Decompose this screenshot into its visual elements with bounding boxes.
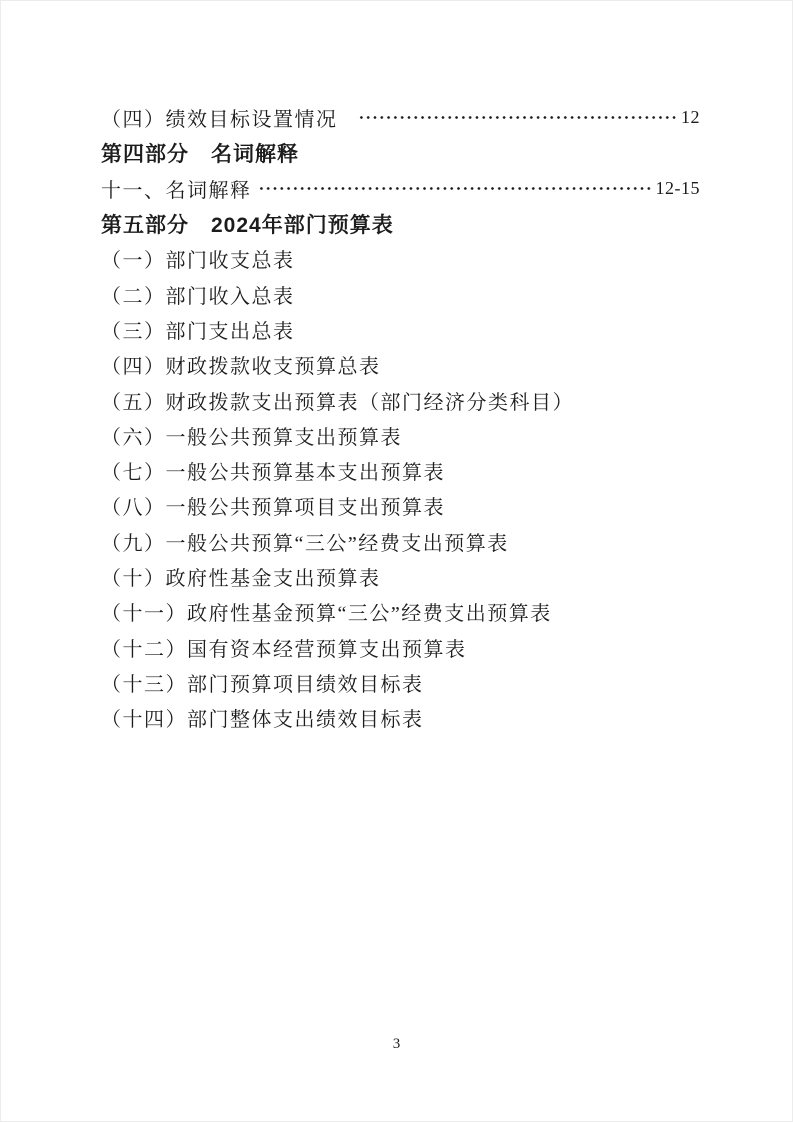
toc-entry: （十三）部门预算项目绩效目标表 (101, 665, 700, 700)
toc-entry: （四）绩效目标设置情况 12 (101, 100, 700, 135)
toc-entry-label: （八）一般公共预算项目支出预算表 (101, 491, 445, 520)
toc-section-label: 第五部分 2024年部门预算表 (101, 209, 394, 239)
dotted-leader (356, 100, 679, 135)
toc-page-number: 12-15 (656, 178, 701, 199)
toc-entry: （十一）政府性基金预算“三公”经费支出预算表 (101, 594, 700, 629)
toc-entry-label: （十一）政府性基金预算“三公”经费支出预算表 (101, 597, 552, 626)
table-of-contents: （四）绩效目标设置情况 12 第四部分 名词解释 十一、名词解释 12-15 第… (101, 100, 700, 735)
toc-entry-label: （十二）国有资本经营预算支出预算表 (101, 633, 467, 662)
toc-entry: （五）财政拨款支出预算表（部门经济分类科目） (101, 382, 700, 417)
document-page: （四）绩效目标设置情况 12 第四部分 名词解释 十一、名词解释 12-15 第… (0, 0, 793, 1122)
toc-entry-label: （六）一般公共预算支出预算表 (101, 421, 402, 450)
dotted-leader (256, 171, 653, 206)
toc-entry-label: （四）财政拨款收支预算总表 (101, 350, 381, 379)
toc-entry-label: （十）政府性基金支出预算表 (101, 562, 381, 591)
toc-entry-label: （五）财政拨款支出预算表（部门经济分类科目） (101, 386, 574, 415)
toc-entry: （二）部门收入总表 (101, 276, 700, 311)
toc-entry-label: （九）一般公共预算“三公”经费支出预算表 (101, 527, 509, 556)
toc-entry-label: （十四）部门整体支出绩效目标表 (101, 703, 424, 732)
toc-entry: （六）一般公共预算支出预算表 (101, 418, 700, 453)
toc-entry: （七）一般公共预算基本支出预算表 (101, 453, 700, 488)
toc-section-heading: 第五部分 2024年部门预算表 (101, 206, 700, 241)
page-number: 3 (1, 1036, 792, 1053)
toc-entry-label: （三）部门支出总表 (101, 315, 295, 344)
toc-entry: （九）一般公共预算“三公”经费支出预算表 (101, 524, 700, 559)
toc-entry: （四）财政拨款收支预算总表 (101, 347, 700, 382)
toc-entry-label: （二）部门收入总表 (101, 280, 295, 309)
toc-entry: （三）部门支出总表 (101, 312, 700, 347)
toc-section-heading: 第四部分 名词解释 (101, 135, 700, 170)
toc-page-number: 12 (681, 107, 700, 128)
toc-entry-label: （四）绩效目标设置情况 (101, 103, 338, 132)
toc-entry-label: （十三）部门预算项目绩效目标表 (101, 668, 424, 697)
toc-entry-label: （七）一般公共预算基本支出预算表 (101, 456, 445, 485)
toc-entry: （十）政府性基金支出预算表 (101, 559, 700, 594)
toc-entry: （八）一般公共预算项目支出预算表 (101, 488, 700, 523)
toc-entry-label: （一）部门收支总表 (101, 244, 295, 273)
toc-entry: （十二）国有资本经营预算支出预算表 (101, 629, 700, 664)
toc-entry: 十一、名词解释 12-15 (101, 171, 700, 206)
toc-section-label: 第四部分 名词解释 (101, 138, 299, 168)
toc-entry: （一）部门收支总表 (101, 241, 700, 276)
toc-entry-label: 十一、名词解释 (101, 174, 252, 203)
toc-entry: （十四）部门整体支出绩效目标表 (101, 700, 700, 735)
